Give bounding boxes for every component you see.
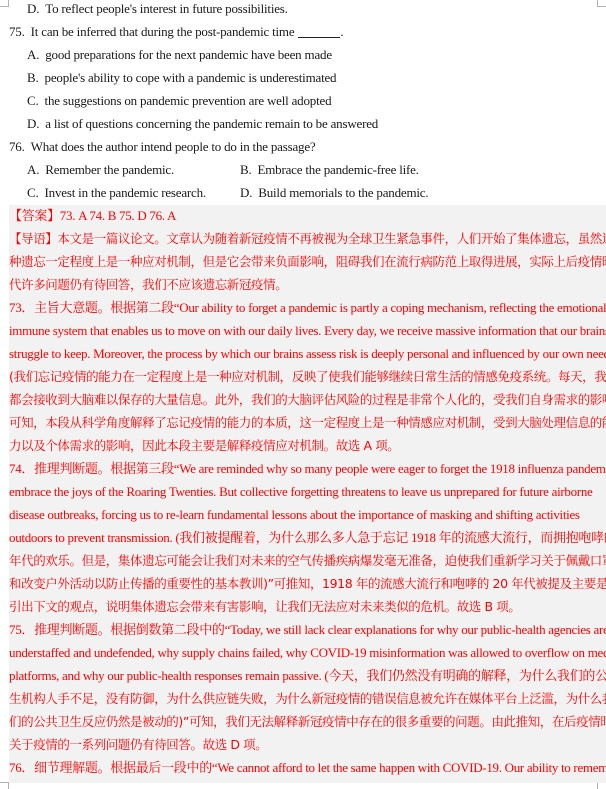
explanation-75-line: 75．推理判断题。根据倒数第二段中的“Today, we still lack … — [9, 622, 606, 638]
question-text: What does the author intend people to do… — [31, 139, 316, 154]
option-text: Invest in the pandemic research. — [45, 185, 206, 200]
explanation-75-line: 关于疫情的一系列问题仍有待回答。故选 D 项。 — [9, 737, 267, 753]
option-text: a list of questions concerning the pande… — [45, 116, 378, 131]
intro-line: 代许多问题仍有待回答，我们不应该遗忘新冠疫情。 — [9, 277, 287, 293]
explanation-74-line: embrace the joys of the Roaring Twenties… — [9, 484, 593, 500]
question-number: 75. — [9, 24, 25, 39]
question-75-stem: 75.It can be inferred that during the po… — [9, 24, 343, 40]
option-text: people's ability to cope with a pandemic… — [45, 70, 337, 85]
option-text: To reflect people's interest in future p… — [45, 1, 287, 16]
option-label: C. — [27, 185, 39, 200]
explanation-73-line: (我们忘记疫情的能力在一定程度上是一种应对机制，反映了使我们能够继续日常生活的情… — [9, 369, 606, 385]
page-corner-mark — [597, 0, 606, 7]
explanation-73-line: 都会接收到大脑难以保存的大量信息。此外，我们的大脑评估风险的过程是非常个人化的，… — [9, 392, 606, 408]
option-label: B. — [27, 70, 39, 85]
q76-option-b: B.Embrace the pandemic-free life. — [240, 162, 419, 178]
explanation-73-line: 可知，本段从科学角度解释了忘记疫情的能力的本质，这一定程度上是一种情感应对机制，… — [9, 415, 606, 431]
intro-line: 【导语】本文是一篇议论文。文章认为随着新冠疫情不再被视为全球卫生紧急事件，人们开… — [9, 231, 606, 247]
q75-option-d: D.a list of questions concerning the pan… — [27, 116, 378, 132]
explanation-73-line: 73．主旨大意题。根据第二段“Our ability to forget a p… — [9, 300, 606, 316]
question-number: 76. — [9, 139, 25, 154]
explanation-74-line: outdoors to prevent transmission. (我们被提醒… — [9, 530, 606, 546]
answer-key: 【答案】73. A 74. B 75. D 76. A — [9, 208, 176, 224]
option-label: A. — [27, 47, 39, 62]
option-label: D. — [27, 1, 39, 16]
option-label: A. — [27, 162, 39, 177]
option-label: D. — [240, 185, 252, 200]
option-text: Embrace the pandemic-free life. — [258, 162, 419, 177]
option-label: D. — [27, 116, 39, 131]
answer-analysis-box: 【答案】73. A 74. B 75. D 76. A 【导语】本文是一篇议论文… — [9, 205, 606, 783]
explanation-75-line: understaffed and undefended, why supply … — [9, 645, 606, 661]
explanation-75-line: platforms, and why our public-health res… — [9, 668, 606, 684]
page-corner-mark — [0, 0, 9, 7]
q76-option-d: D.Build memorials to the pandemic. — [240, 185, 428, 201]
explanation-73-line: 力以及个体需求的影响，因此本段主要是解释疫情应对机制。故选 A 项。 — [9, 438, 399, 454]
explanation-74-line: 年代的欢乐。但是，集体遗忘可能会让我们对未来的空气传播疾病爆发毫无准备，迫使我们… — [9, 553, 606, 569]
option-text: good preparations for the next pandemic … — [45, 47, 332, 62]
explanation-76-line: 76．细节理解题。根据最后一段中的“We cannot afford to le… — [9, 760, 606, 776]
question-text: It can be inferred that during the post-… — [31, 24, 295, 39]
option-text: the suggestions on pandemic prevention a… — [45, 93, 332, 108]
page-corner-mark — [597, 782, 606, 789]
explanation-73-line: struggle to keep. Moreover, the process … — [9, 346, 606, 362]
answer-blank — [298, 37, 340, 38]
option-text: Build memorials to the pandemic. — [258, 185, 428, 200]
intro-line: 种遗忘一定程度上是一种应对机制，但是它会带来负面影响，阻碍我们在流行病防范上取得… — [9, 254, 606, 270]
option-text: Remember the pandemic. — [45, 162, 174, 177]
option-label: B. — [240, 162, 252, 177]
question-punct: . — [340, 24, 343, 39]
q76-option-c: C.Invest in the pandemic research. — [27, 185, 206, 201]
explanation-74-line: disease outbreaks, forcing us to re-lear… — [9, 507, 580, 523]
explanation-73-line: immune system that enables us to move on… — [9, 323, 606, 339]
option-label: C. — [27, 93, 39, 108]
q75-option-a: A.good preparations for the next pandemi… — [27, 47, 332, 63]
explanation-74-line: 引出下文的观点，说明集体遗忘会带来有害影响，让我们无法应对未来类似的危机。故选 … — [9, 599, 520, 615]
explanation-74-line: 和改变户外活动以防止传播的重要性的基本教训)”可推知，1918 年的流感大流行和… — [9, 576, 606, 592]
question-76-stem: 76.What does the author intend people to… — [9, 139, 315, 155]
q74-option-d: D.To reflect people's interest in future… — [27, 1, 288, 17]
q75-option-b: B.people's ability to cope with a pandem… — [27, 70, 336, 86]
explanation-74-line: 74．推理判断题。根据第三段“We are reminded why so ma… — [9, 461, 606, 477]
q76-option-a: A.Remember the pandemic. — [27, 162, 174, 178]
explanation-75-line: 们的公共卫生反应仍然是被动的)”可知，我们无法解释新冠疫情中存在的很多重要的问题… — [9, 714, 606, 730]
q75-option-c: C.the suggestions on pandemic prevention… — [27, 93, 331, 109]
page-corner-mark — [0, 782, 9, 789]
explanation-75-line: 生机构人手不足，没有防御，为什么供应链失败，为什么新冠疫情的错误信息被允许在媒体… — [9, 691, 606, 707]
